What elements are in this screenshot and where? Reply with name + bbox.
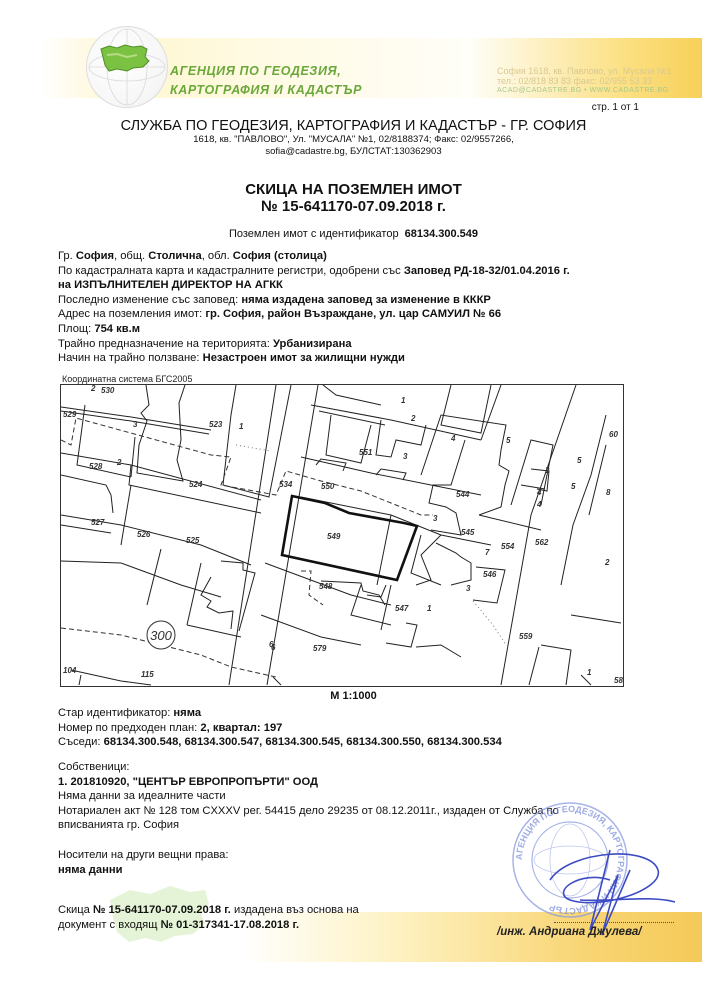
- usage: Незастроен имот за жилищни нужди: [203, 352, 405, 364]
- svg-text:115: 115: [141, 670, 154, 679]
- identifier-label: Поземлен имот с идентификатор: [229, 228, 399, 240]
- svg-text:1: 1: [587, 668, 592, 677]
- address-line: Адрес на поземления имот: гр. София, рай…: [58, 307, 570, 322]
- cadastral-map-drawing: 5302529352315282524534550551321455442445…: [61, 385, 623, 686]
- svg-text:4: 4: [450, 434, 456, 443]
- cadastral-map: 5302529352315282524534550551321455442445…: [60, 384, 624, 687]
- office-address: 1618, кв. "ПАВЛОВО", Ул. "МУСАЛА" №1, 02…: [0, 134, 707, 158]
- issued-middle: издадена въз основа на: [234, 904, 359, 916]
- contact-web: ACAD@CADASTRE.BG • WWW.CADASTRE.BG: [497, 86, 672, 96]
- issued-number: № 15-641170-07.09.2018 г.: [93, 904, 231, 916]
- issued-prefix: Скица: [58, 904, 90, 916]
- prev-plan-line: Номер по предходен план: 2, квартал: 197: [58, 721, 502, 736]
- municipality: Столична: [148, 250, 201, 262]
- property-info: Гр. София, общ. Столична, обл. София (ст…: [58, 249, 570, 366]
- svg-text:526: 526: [137, 530, 151, 539]
- map-approval-line: По кадастралната карта и кадастралните р…: [58, 264, 570, 279]
- agency-contact: София 1618, кв. Павлово, ул. Мусала №1 т…: [497, 66, 672, 96]
- map-approval-label: По кадастралната карта и кадастралните р…: [58, 265, 401, 277]
- svg-text:528: 528: [89, 462, 103, 471]
- svg-text:559: 559: [519, 632, 533, 641]
- issued-line-1: Скица № 15-641170-07.09.2018 г. издадена…: [58, 903, 359, 918]
- svg-text:3: 3: [433, 514, 438, 523]
- svg-text:3: 3: [403, 452, 408, 461]
- other-rights-section: Носители на други вещни права: няма данн…: [58, 848, 228, 877]
- svg-text:3: 3: [133, 420, 138, 429]
- svg-text:58: 58: [614, 676, 623, 685]
- deed-line-2: вписванията гр. София: [58, 818, 559, 833]
- issued-doc-number: № 01-317341-17.08.2018 г.: [161, 919, 300, 931]
- signer-name: /инж. Андриана Джулева/: [497, 926, 641, 938]
- other-rights-label: Носители на други вещни права:: [58, 848, 228, 863]
- svg-text:8: 8: [606, 488, 611, 497]
- svg-text:545: 545: [461, 528, 475, 537]
- last-change: няма издадена заповед за изменение в ККК…: [241, 294, 491, 306]
- svg-text:549: 549: [327, 532, 341, 541]
- svg-text:2: 2: [116, 458, 122, 467]
- last-change-label: Последно изменение със заповед:: [58, 294, 238, 306]
- coordinate-system: Координатна система БГС2005: [62, 374, 192, 384]
- document-title: СКИЦА НА ПОЗЕМЛЕН ИМОТ № 15-641170-07.09…: [0, 181, 707, 215]
- svg-text:2: 2: [604, 558, 610, 567]
- prev-plan: 2, квартал: 197: [200, 722, 282, 734]
- svg-text:5: 5: [577, 456, 582, 465]
- svg-text:524: 524: [189, 480, 203, 489]
- neighbors-line: Съседи: 68134.300.548, 68134.300.547, 68…: [58, 735, 502, 750]
- agency-line-1: АГЕНЦИЯ ПО ГЕОДЕЗИЯ,: [170, 62, 362, 81]
- svg-text:551: 551: [359, 448, 373, 457]
- signature-line: [554, 922, 674, 923]
- owner-shares: Няма данни за идеалните части: [58, 789, 559, 804]
- owners-section: Собственици: 1. 201810920, "ЦЕНТЪР ЕВРОП…: [58, 760, 559, 833]
- document-title-text: СКИЦА НА ПОЗЕМЛЕН ИМОТ: [0, 181, 707, 198]
- region-label: , обл.: [202, 250, 230, 262]
- map-scale: М 1:1000: [0, 690, 707, 702]
- svg-text:527: 527: [91, 518, 105, 527]
- svg-text:6: 6: [271, 643, 276, 652]
- city: София: [76, 250, 114, 262]
- order-issuer: на ИЗПЪЛНИТЕЛЕН ДИРЕКТОР НА АГКК: [58, 279, 283, 291]
- svg-text:104: 104: [63, 666, 77, 675]
- globe-bulgaria-icon: [86, 26, 168, 108]
- svg-text:547: 547: [395, 604, 409, 613]
- svg-text:2: 2: [410, 414, 416, 423]
- agency-line-2: КАРТОГРАФИЯ И КАДАСТЪР: [170, 81, 362, 100]
- owners-label: Собственици:: [58, 760, 559, 775]
- issued-line-2: документ с входящ № 01-317341-17.08.2018…: [58, 918, 359, 933]
- purpose-label: Трайно предназначение на територията:: [58, 338, 270, 350]
- purpose: Урбанизирана: [273, 338, 352, 350]
- neighbors-label: Съседи:: [58, 736, 101, 748]
- deed-line-1: Нотариален акт № 128 том СXXXV рег. 5441…: [58, 804, 559, 819]
- order-by-line: на ИЗПЪЛНИТЕЛЕН ДИРЕКТОР НА АГКК: [58, 278, 570, 293]
- contact-phone: тел.: 02/818 83 83 факс: 02/955 53 33: [497, 76, 672, 86]
- svg-text:2: 2: [90, 385, 96, 393]
- svg-text:562: 562: [535, 538, 549, 547]
- svg-text:3: 3: [466, 584, 471, 593]
- address-label: Адрес на поземления имот:: [58, 308, 202, 320]
- svg-text:548: 548: [319, 582, 333, 591]
- svg-text:7: 7: [485, 548, 490, 557]
- office-address-line-1: 1618, кв. "ПАВЛОВО", Ул. "МУСАЛА" №1, 02…: [0, 134, 707, 146]
- svg-text:550: 550: [321, 482, 335, 491]
- svg-text:579: 579: [313, 644, 327, 653]
- svg-text:544: 544: [456, 490, 470, 499]
- area-label: Площ:: [58, 323, 91, 335]
- svg-text:525: 525: [186, 536, 200, 545]
- svg-text:1: 1: [239, 422, 244, 431]
- svg-text:1: 1: [427, 604, 432, 613]
- parcel-details: Стар идентификатор: няма Номер по предхо…: [58, 706, 502, 750]
- svg-text:5: 5: [571, 482, 576, 491]
- issued-doc-prefix: документ с входящ: [58, 919, 157, 931]
- usage-label: Начин на трайно ползване:: [58, 352, 200, 364]
- area: 754 кв.м: [94, 323, 140, 335]
- location-line: Гр. София, общ. Столична, обл. София (ст…: [58, 249, 570, 264]
- agency-name: АГЕНЦИЯ ПО ГЕОДЕЗИЯ, КАРТОГРАФИЯ И КАДАС…: [170, 62, 362, 100]
- svg-text:4: 4: [536, 488, 542, 497]
- purpose-line: Трайно предназначение на територията: Ур…: [58, 337, 570, 352]
- svg-text:4: 4: [536, 500, 542, 509]
- office-title: СЛУЖБА ПО ГЕОДЕЗИЯ, КАРТОГРАФИЯ И КАДАСТ…: [0, 118, 707, 134]
- prev-plan-label: Номер по предходен план:: [58, 722, 197, 734]
- issued-section: Скица № 15-641170-07.09.2018 г. издадена…: [58, 903, 359, 932]
- svg-text:534: 534: [279, 480, 293, 489]
- region: София (столица): [233, 250, 327, 262]
- svg-text:300: 300: [150, 628, 172, 643]
- last-change-line: Последно изменение със заповед: няма изд…: [58, 293, 570, 308]
- municipality-label: , общ.: [114, 250, 145, 262]
- svg-text:5: 5: [506, 436, 511, 445]
- svg-text:60: 60: [609, 430, 618, 439]
- svg-text:546: 546: [483, 570, 497, 579]
- office-address-line-2: sofia@cadastre.bg, БУЛСТАТ:130362903: [0, 146, 707, 158]
- svg-text:530: 530: [101, 386, 115, 395]
- city-label: Гр.: [58, 250, 73, 262]
- old-id-label: Стар идентификатор:: [58, 707, 170, 719]
- old-id-line: Стар идентификатор: няма: [58, 706, 502, 721]
- neighbors: 68134.300.548, 68134.300.547, 68134.300.…: [104, 736, 502, 748]
- owner-entry: 1. 201810920, "ЦЕНТЪР ЕВРОПРОПЪРТИ" ООД: [58, 776, 318, 788]
- usage-line: Начин на трайно ползване: Незастроен имо…: [58, 351, 570, 366]
- parcel-identifier: Поземлен имот с идентификатор68134.300.5…: [0, 228, 707, 240]
- other-rights-value: няма данни: [58, 864, 122, 876]
- signature: [540, 840, 680, 940]
- svg-text:2: 2: [544, 466, 550, 475]
- identifier-value: 68134.300.549: [405, 228, 478, 240]
- contact-address: София 1618, кв. Павлово, ул. Мусала №1: [497, 66, 672, 76]
- address: гр. София, район Възраждане, ул. цар САМ…: [205, 308, 501, 320]
- svg-text:523: 523: [209, 420, 223, 429]
- approval-order: Заповед РД-18-32/01.04.2016 г.: [404, 265, 570, 277]
- svg-text:554: 554: [501, 542, 515, 551]
- document-number: № 15-641170-07.09.2018 г.: [0, 198, 707, 215]
- area-line: Площ: 754 кв.м: [58, 322, 570, 337]
- page-number: стр. 1 от 1: [592, 102, 639, 113]
- svg-text:529: 529: [63, 410, 77, 419]
- old-id: няма: [173, 707, 201, 719]
- svg-text:1: 1: [401, 396, 406, 405]
